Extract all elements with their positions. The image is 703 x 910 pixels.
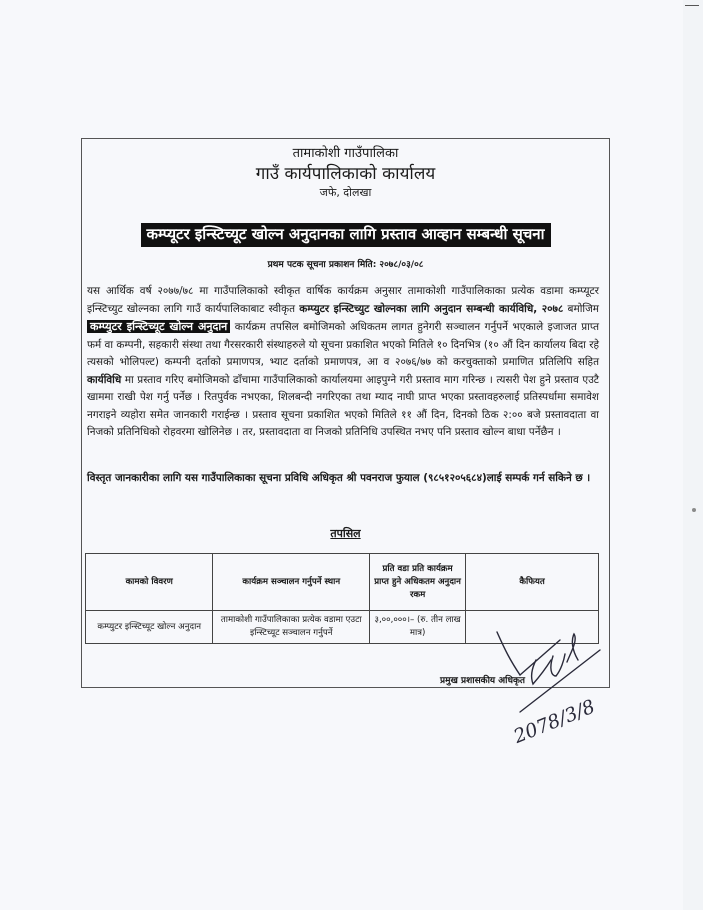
highlighted-program: कम्प्युटर इन्स्टिच्यूट खोल्न अनुदान [87,320,230,333]
cell-amount: ३,००,०००।– (रु. तीन लाख मात्र) [370,611,466,644]
body-text: बमोजिम [563,303,599,315]
procedure-name: कम्प्युटर इन्स्टिच्युट खोल्नका लागि अनुद… [299,303,563,315]
col-header-location: कार्यक्रम सञ्चालन गर्नुपर्ने स्थान [213,554,370,611]
scan-speck [692,508,696,512]
schedule-heading-text: तपसिल [330,527,360,540]
cell-work: कम्प्युटर इन्स्टिच्यूट खोल्न अनुदान [86,611,213,644]
cell-remarks [466,611,599,644]
notice-title: कम्प्यूटर इन्स्टिच्यूट खोल्न अनुदानका ला… [141,223,551,247]
contact-info: विस्तृत जानकारीका लागि यस गाउँपालिकाका स… [87,470,599,488]
schedule-table: कामको विवरण कार्यक्रम सञ्चालन गर्नुपर्ने… [85,553,599,644]
signatory-title: प्रमुख प्रशासकीय अधिकृत [440,673,525,686]
scan-mark [685,5,699,6]
col-header-remarks: कैफियत [466,554,599,611]
office-name: गाउँ कार्यपालिकाको कार्यालय [82,161,609,184]
body-text: मा प्रस्ताव गरिए बमोजिमको ढाँचामा गाउँपा… [87,374,599,439]
table-row: कम्प्युटर इन्स्टिच्यूट खोल्न अनुदान तामा… [86,611,599,644]
schedule-heading: तपसिल [82,526,609,541]
table-header-row: कामको विवरण कार्यक्रम सञ्चालन गर्नुपर्ने… [86,554,599,611]
procedure-ref: कार्यविधि [87,374,121,386]
notice-body: यस आर्थिक वर्ष २०७७/७८ मा गाउँपालिकाको स… [87,283,599,442]
cell-location: तामाकोशी गाउँपालिकाका प्रत्येक वडामा एउट… [213,611,370,644]
col-header-amount: प्रति वडा प्रति कार्यक्रम प्राप्त हुने अ… [370,554,466,611]
notice-frame: तामाकोशी गाउँपालिका गाउँ कार्यपालिकाको क… [81,138,610,688]
col-header-work: कामको विवरण [86,554,213,611]
municipality-name: तामाकोशी गाउँपालिका [82,143,609,161]
office-location: जफे, दोलखा [82,185,609,200]
notice-title-wrap: कम्प्यूटर इन्स्टिच्यूट खोल्न अनुदानका ला… [82,223,609,247]
publication-date: प्रथम पटक सूचना प्रकाशन मिति: २०७८/०३/०८ [82,257,609,270]
